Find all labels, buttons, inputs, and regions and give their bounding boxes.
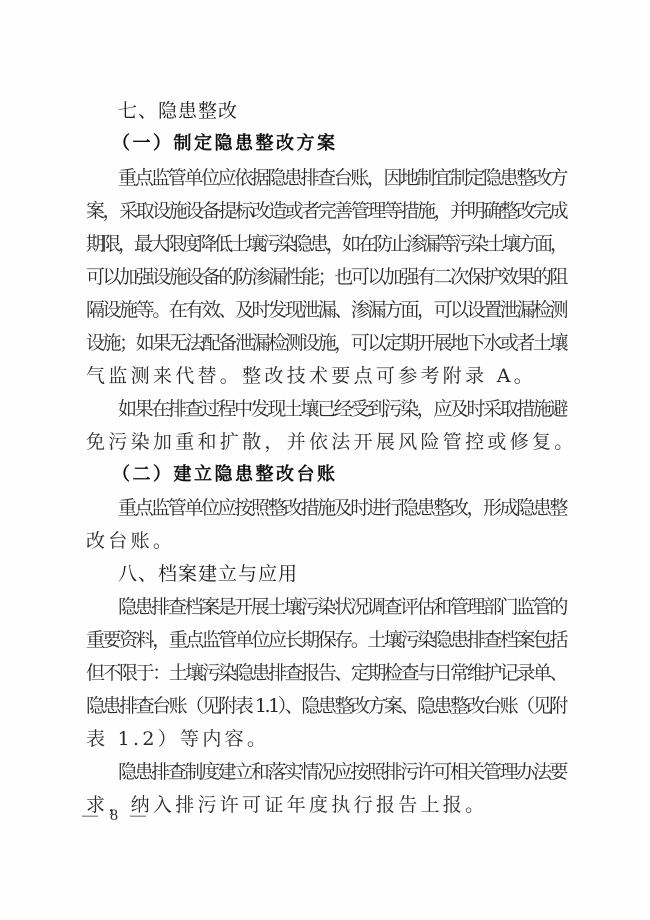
paragraph-line: 重要资料，重点监管单位应长期保存。土壤污染隐患排查档案包括: [86, 628, 566, 652]
paragraph-line: 重点监管单位应按照整改措施及时进行隐患整改，形成隐患整: [118, 496, 598, 520]
paragraph-line: 如果在排查过程中发现土壤已经受到污染，应及时采取措施避: [118, 397, 598, 421]
paragraph-line: 期限，最大限度降低土壤污染隐患，如在防止渗漏等污染土壤方面，: [86, 232, 566, 256]
subsection-heading: （一）制定隐患整改方案: [112, 132, 592, 156]
paragraph-line: 案，采取设施设备提标改造或者完善管理等措施，并明确整改完成: [86, 199, 566, 223]
paragraph-line: 设施；如果无法配备泄漏检测设施，可以定期开展地下水或者土壤: [86, 331, 566, 355]
section-heading: 七、隐患整改: [118, 99, 598, 123]
paragraph-line: 但不限于：土壤污染隐患排查报告、定期检查与日常维护记录单、: [86, 661, 566, 685]
subsection-heading: （二）建立隐患整改台账: [112, 463, 592, 487]
paragraph-line: 隐患排查台账（见附表 1.1）、隐患整改方案、隐患整改台账（见附: [86, 694, 566, 718]
paragraph-line: 免污染加重和扩散，并依法开展风险管控或修复。: [86, 430, 566, 454]
paragraph-line: 重点监管单位应依据隐患排查台账，因地制宜制定隐患整改方: [118, 166, 598, 190]
section-heading: 八、档案建立与应用: [118, 562, 598, 586]
page-number: — 8 —: [82, 807, 150, 825]
paragraph-line: 气监测来代替。整改技术要点可参考附录 A。: [86, 364, 566, 388]
paragraph-line: 表 1.2）等内容。: [86, 727, 566, 751]
paragraph-line: 隐患排查制度建立和落实情况应按照排污许可相关管理办法要: [118, 760, 598, 784]
paragraph-line: 求，纳入排污许可证年度执行报告上报。: [86, 793, 566, 817]
paragraph-line: 隔设施等。在有效、及时发现泄漏、渗漏方面，可以设置泄漏检测: [86, 298, 566, 322]
paragraph-line: 可以加强设施设备的防渗漏性能；也可以加强有二次保护效果的阻: [86, 265, 566, 289]
paragraph-line: 隐患排查档案是开展土壤污染状况调查评估和管理部门监管的: [118, 595, 598, 619]
paragraph-line: 改台账。: [86, 529, 566, 553]
document-page: 七、隐患整改（一）制定隐患整改方案重点监管单位应依据隐患排查台账，因地制宜制定隐…: [0, 0, 650, 920]
